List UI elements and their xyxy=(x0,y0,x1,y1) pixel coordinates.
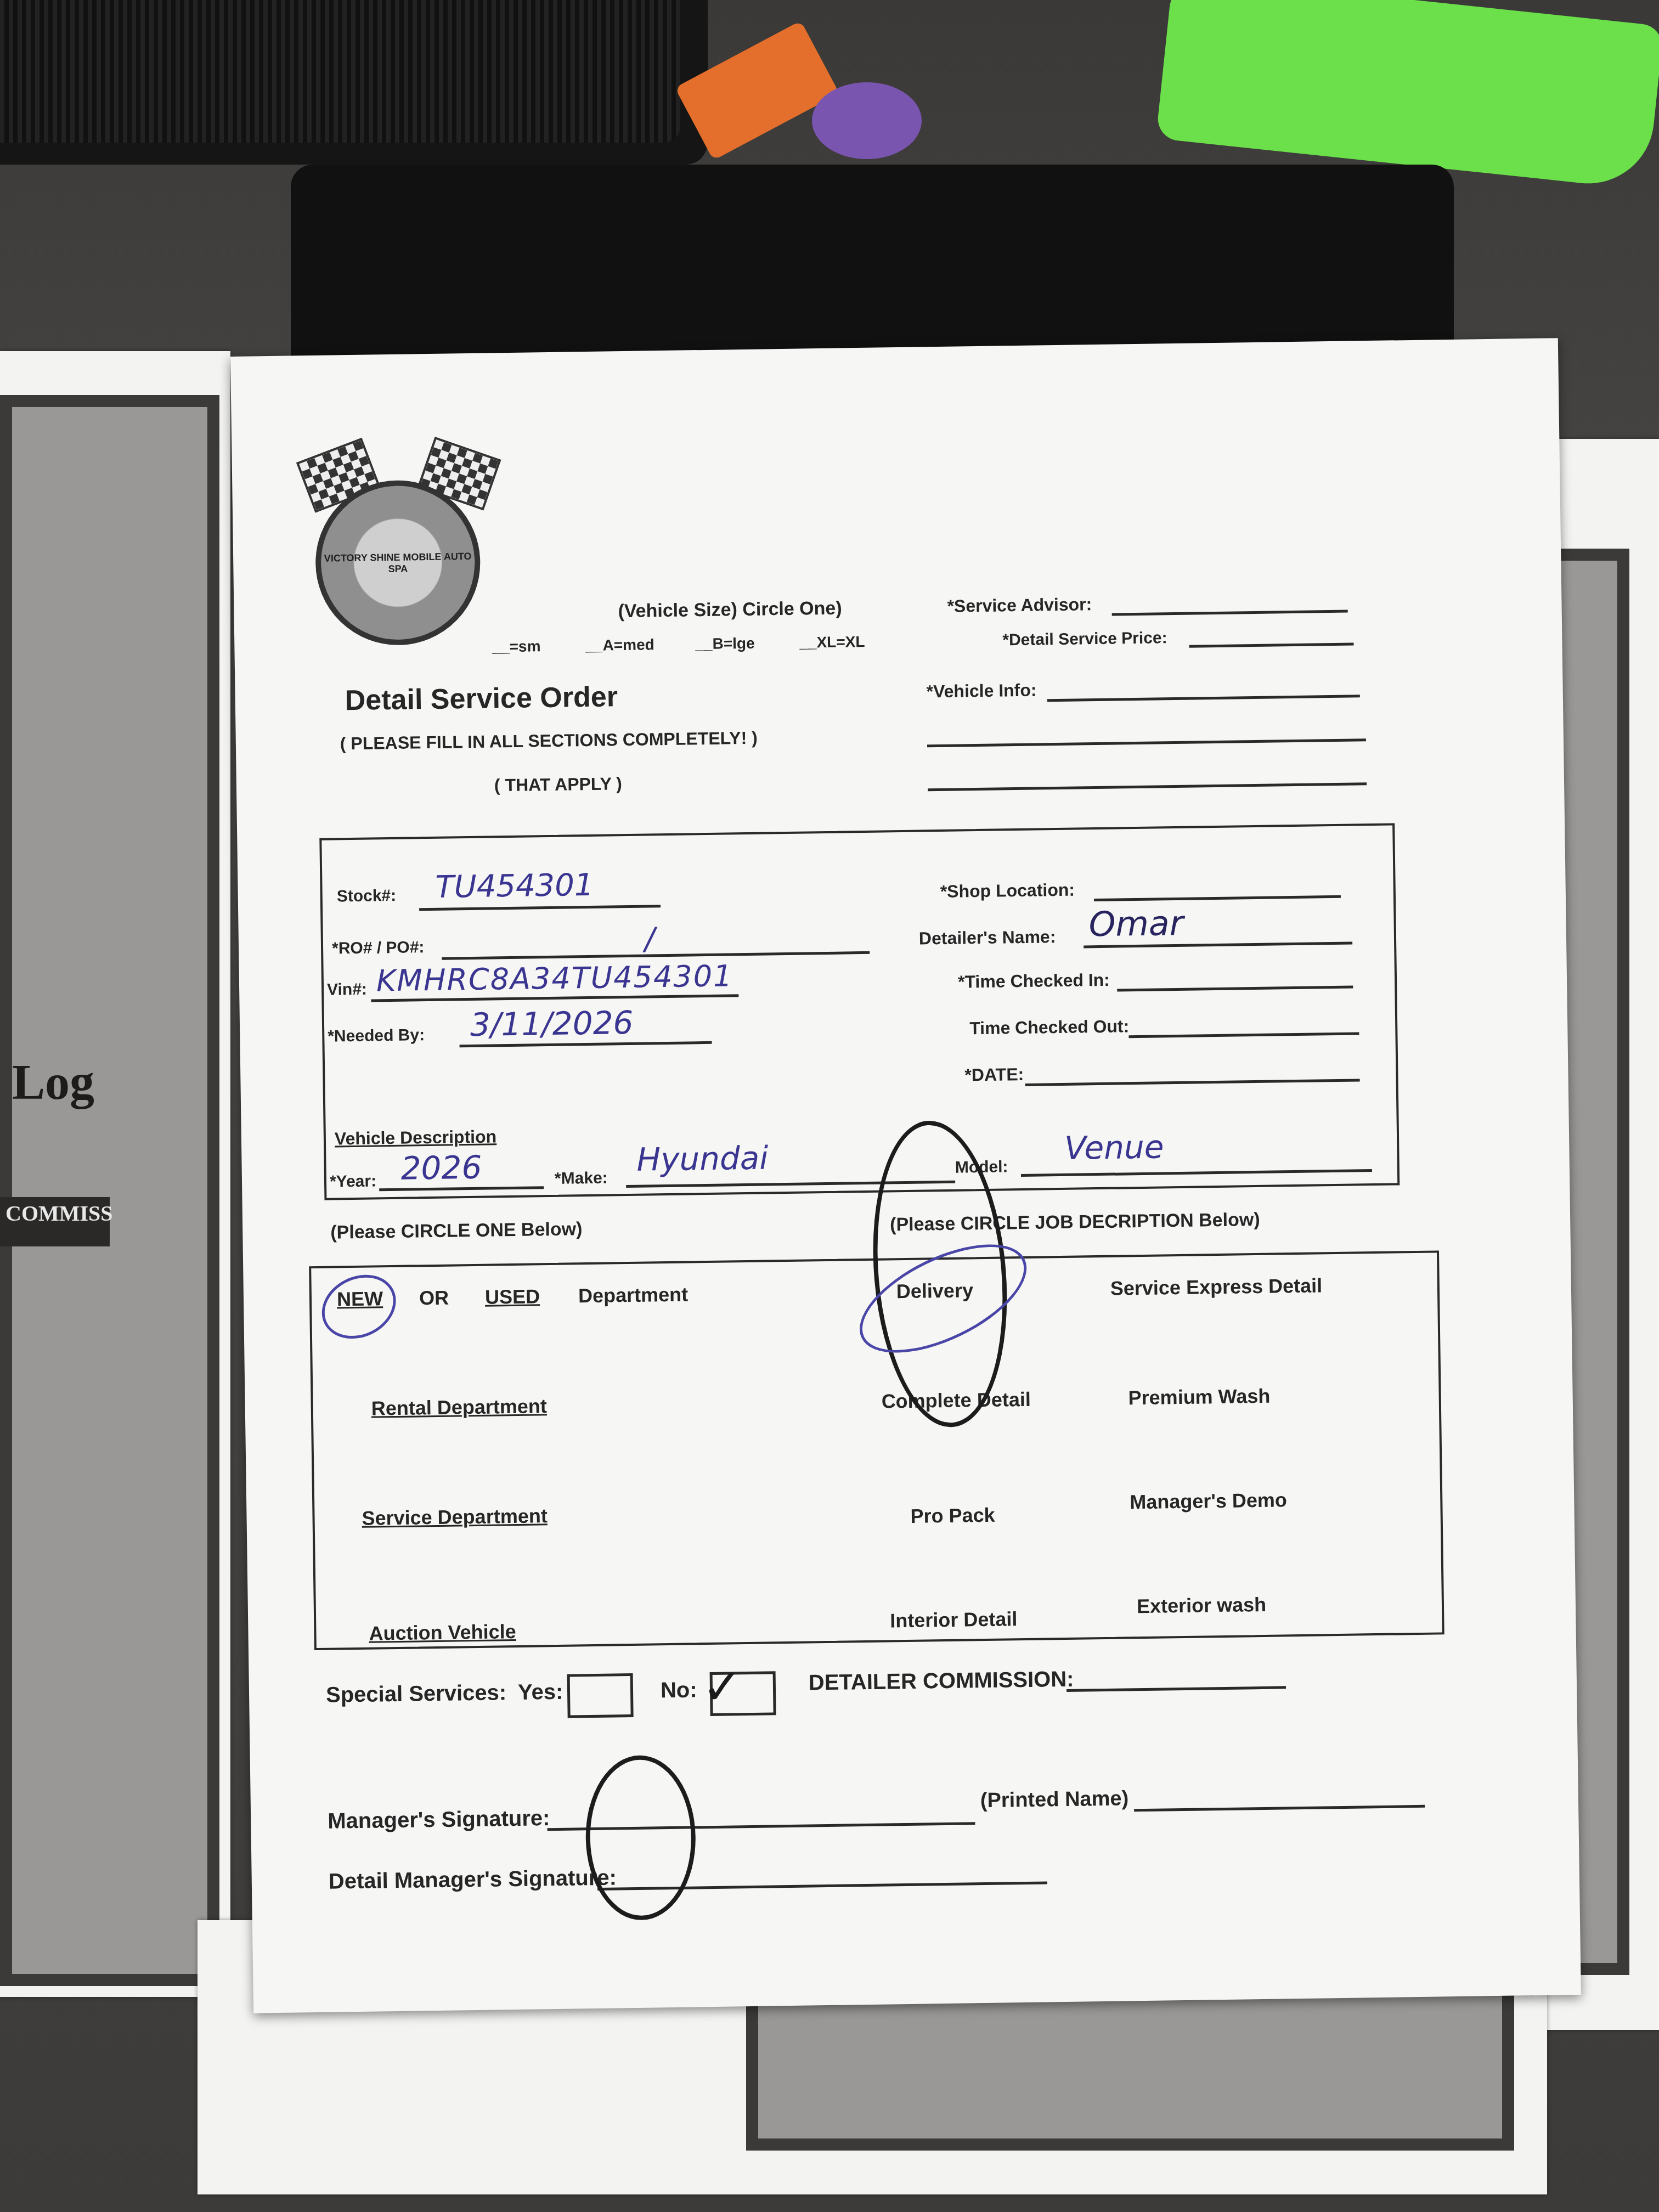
vehicle-size-option[interactable]: __=sm xyxy=(492,637,540,656)
ro-po-label: *RO# / PO#: xyxy=(332,938,425,958)
detail-service-price-label: *Detail Service Price: xyxy=(1002,629,1167,650)
vin-value: KMHRC8A34TU454301 xyxy=(376,958,733,998)
used-option[interactable]: USED xyxy=(485,1285,540,1308)
ornate-frame-left: Log COMMISS xyxy=(0,395,219,1986)
shop-location-label: *Shop Location: xyxy=(940,880,1075,902)
job-option-exterior-wash[interactable]: Exterior wash xyxy=(1137,1593,1267,1618)
log-title: Log xyxy=(12,1054,94,1111)
detailer-commission-label: DETAILER COMMISSION: xyxy=(809,1667,1074,1696)
detail-manager-signature-label: Detail Manager's Signature: xyxy=(329,1865,617,1894)
circle-one-label: (Please CIRCLE ONE Below) xyxy=(330,1218,583,1243)
time-checked-out-label: Time Checked Out: xyxy=(969,1016,1130,1039)
needed-by-label: *Needed By: xyxy=(328,1026,425,1046)
vehicle-info-field-2[interactable] xyxy=(927,738,1366,747)
commission-band-left: COMMISS xyxy=(0,1197,110,1246)
detailer-name-label: Detailer's Name: xyxy=(919,927,1056,949)
model-value: Venue xyxy=(1064,1128,1164,1167)
job-option-pro-pack[interactable]: Pro Pack xyxy=(910,1504,995,1528)
form-title: Detail Service Order xyxy=(345,680,618,717)
special-services-label: Special Services: xyxy=(326,1680,507,1708)
vehicle-size-label: (Vehicle Size) Circle One) xyxy=(618,597,842,622)
back-sheet-left: Log COMMISS xyxy=(0,351,230,1997)
job-option-interior-detail[interactable]: Interior Detail xyxy=(890,1607,1018,1632)
vehicle-info-field-3[interactable] xyxy=(928,782,1367,791)
special-services-no-checkbox[interactable]: ✓ xyxy=(710,1671,776,1716)
detail-service-order-form: VICTORY SHINE MOBILE AUTO SPA (Vehicle S… xyxy=(230,338,1581,2013)
purple-object xyxy=(812,82,922,159)
instructions-line-1: ( PLEASE FILL IN ALL SECTIONS COMPLETELY… xyxy=(340,728,758,754)
detailer-name-value: Omar xyxy=(1088,903,1184,944)
yes-label: Yes: xyxy=(518,1680,563,1705)
job-option-service-express-detail[interactable]: Service Express Detail xyxy=(1110,1274,1323,1300)
company-logo: VICTORY SHINE MOBILE AUTO SPA xyxy=(297,446,498,657)
vehicle-info-field[interactable] xyxy=(1047,695,1360,702)
rental-department-option[interactable]: Rental Department xyxy=(371,1395,548,1420)
printed-name-label: (Printed Name) xyxy=(980,1787,1129,1813)
job-option-managers-demo[interactable]: Manager's Demo xyxy=(1130,1488,1287,1514)
manager-signature-label: Manager's Signature: xyxy=(328,1806,550,1834)
year-value: 2026 xyxy=(400,1149,482,1187)
mesh-tray xyxy=(0,0,708,165)
auction-vehicle-option[interactable]: Auction Vehicle xyxy=(369,1620,516,1645)
stock-value: TU454301 xyxy=(435,867,594,905)
vehicle-size-option[interactable]: __XL=XL xyxy=(799,633,865,652)
department-text: Department xyxy=(578,1283,689,1308)
date-label: *DATE: xyxy=(964,1064,1024,1086)
service-department-option[interactable]: Service Department xyxy=(362,1504,548,1530)
service-advisor-field[interactable] xyxy=(1112,610,1348,616)
pen-scribble-mark xyxy=(585,1754,697,1921)
special-services-yes-checkbox[interactable] xyxy=(567,1673,634,1718)
time-checked-in-label: *Time Checked In: xyxy=(958,970,1110,992)
or-text: OR xyxy=(419,1286,449,1310)
instructions-line-2: ( THAT APPLY ) xyxy=(494,774,622,795)
vehicle-size-option[interactable]: __A=med xyxy=(585,636,654,654)
no-label: No: xyxy=(661,1678,697,1703)
vehicle-info-label: *Vehicle Info: xyxy=(926,680,1036,702)
vehicle-size-option[interactable]: __B=lge xyxy=(695,635,755,653)
make-label: *Make: xyxy=(555,1169,608,1188)
printed-name-field[interactable] xyxy=(1134,1805,1425,1812)
service-advisor-label: *Service Advisor: xyxy=(947,594,1092,617)
check-mark-icon: ✓ xyxy=(701,1658,743,1716)
tray-mesh xyxy=(0,0,680,143)
ro-po-value: / xyxy=(644,921,655,957)
year-label: *Year: xyxy=(330,1172,377,1191)
logo-text: VICTORY SHINE MOBILE AUTO SPA xyxy=(321,551,475,576)
stock-label: Stock#: xyxy=(337,887,397,906)
detail-service-price-field[interactable] xyxy=(1189,642,1354,647)
needed-by-value: 3/11/2026 xyxy=(470,1004,634,1043)
make-value: Hyundai xyxy=(636,1139,769,1178)
job-option-premium-wash[interactable]: Premium Wash xyxy=(1128,1385,1270,1410)
detailer-commission-field[interactable] xyxy=(1066,1686,1286,1692)
vehicle-description-heading: Vehicle Description xyxy=(335,1126,497,1149)
vin-label: Vin#: xyxy=(327,980,367,1000)
